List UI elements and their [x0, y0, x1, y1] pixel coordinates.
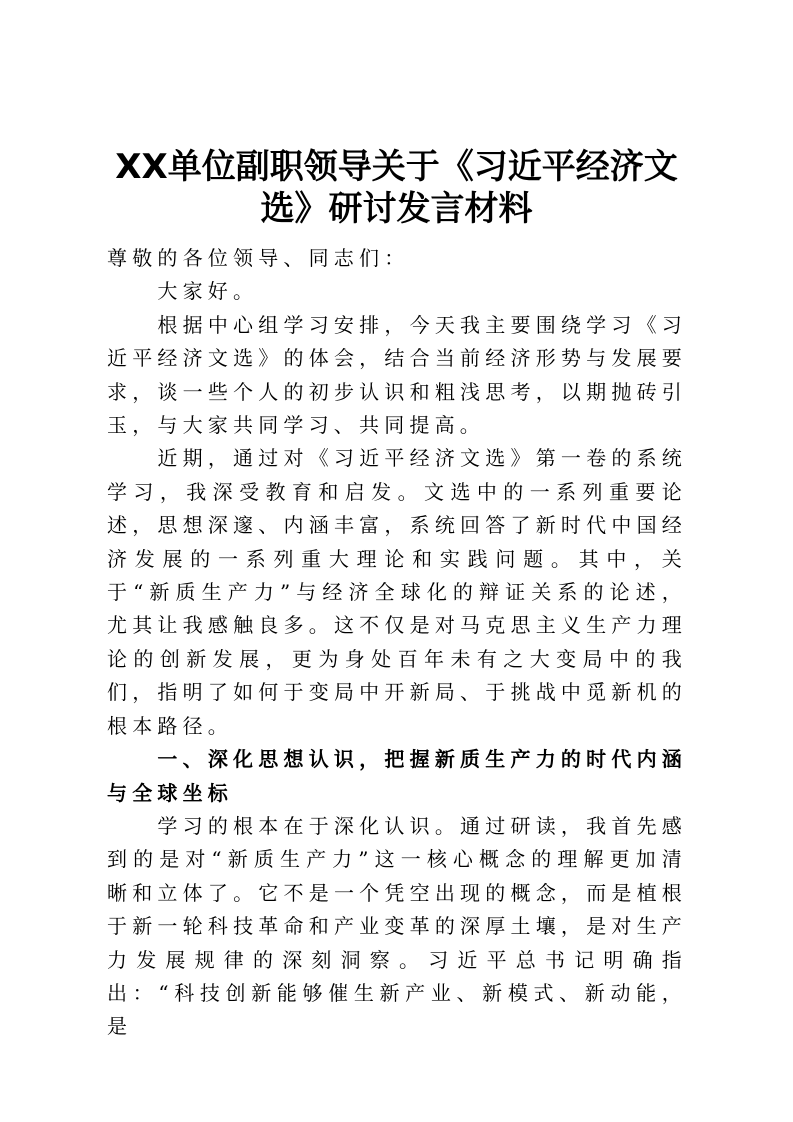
document-body: 尊敬的各位领导、同志们： 大家好。 根据中心组学习安排，今天我主要围绕学习《习近…	[107, 242, 687, 1044]
greeting-paragraph: 大家好。	[107, 275, 687, 308]
document-page: XX单位副职领导关于《习近平经济文选》研讨发言材料 尊敬的各位领导、同志们： 大…	[0, 0, 793, 1122]
document-title: XX单位副职领导关于《习近平经济文选》研讨发言材料	[100, 146, 693, 230]
study-paragraph: 近期，通过对《习近平经济文选》第一卷的系统学习，我深受教育和启发。文选中的一系列…	[107, 442, 687, 743]
section-heading-1: 一、深化思想认识，把握新质生产力的时代内涵与全球坐标	[107, 743, 687, 810]
intro-paragraph: 根据中心组学习安排，今天我主要围绕学习《习近平经济文选》的体会，结合当前经济形势…	[107, 309, 687, 443]
section-1-paragraph: 学习的根本在于深化认识。通过研读，我首先感到的是对“新质生产力”这一核心概念的理…	[107, 810, 687, 1044]
salutation: 尊敬的各位领导、同志们：	[107, 242, 687, 275]
